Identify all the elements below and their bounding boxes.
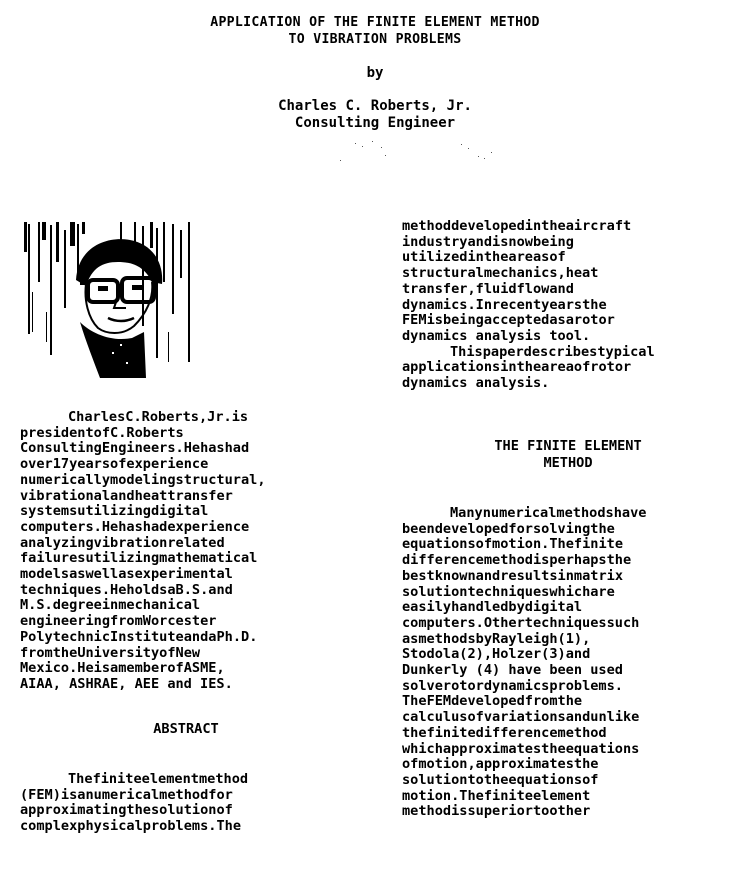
- word: finite: [484, 789, 533, 804]
- word: well: [85, 567, 118, 582]
- abstract-line: Thefiniteelementmethod: [20, 772, 352, 788]
- word: is: [451, 804, 467, 819]
- word: in: [525, 219, 541, 234]
- bio-line: failuresutilizingmathematical: [20, 551, 352, 567]
- word: to: [533, 804, 549, 819]
- intro-line: dynamics analysis tool.: [402, 329, 734, 345]
- word: methods: [418, 632, 475, 647]
- word: utilized: [402, 250, 467, 265]
- bio-line: AIAA, ASHRAE, AEE and IES.: [20, 677, 352, 693]
- word: Institute: [110, 630, 184, 645]
- word: related: [167, 536, 224, 551]
- word: 17: [53, 457, 69, 472]
- section-line: Dunkerly (4) have been used: [402, 663, 734, 679]
- word: C.: [125, 410, 141, 425]
- word: flow: [517, 282, 550, 297]
- word: by: [476, 632, 492, 647]
- abstract-line: complexphysicalproblems.The: [20, 819, 352, 835]
- word: finite: [427, 726, 476, 741]
- bio-line: CharlesC.Roberts,Jr.is: [20, 410, 352, 426]
- word: as: [549, 313, 565, 328]
- section-line: motion.Thefiniteelement: [402, 789, 734, 805]
- word: from: [110, 614, 143, 629]
- word: computers.: [402, 616, 484, 631]
- bio-line: modelsaswellasexperimental: [20, 567, 352, 583]
- word: dynamics.: [402, 298, 476, 313]
- word: finite: [574, 537, 623, 552]
- bio-line: ConsultingEngineers.Hehashad: [20, 441, 352, 457]
- intro-line: industryandisnowbeing: [402, 235, 734, 251]
- word: being: [533, 235, 574, 250]
- word: holds: [126, 583, 167, 598]
- word: (2),: [459, 647, 492, 662]
- word: of: [574, 360, 590, 375]
- word: solution: [402, 773, 467, 788]
- word: structural: [402, 266, 484, 281]
- word: a: [167, 583, 175, 598]
- word: best: [402, 569, 435, 584]
- word: and: [566, 710, 591, 725]
- bio-line: systemsutilizingdigital: [20, 504, 352, 520]
- author-bio: CharlesC.Roberts,Jr.is presidentofC.Robe…: [20, 410, 352, 693]
- word: Holzer: [492, 647, 541, 662]
- word: in: [500, 360, 516, 375]
- word: had: [225, 441, 250, 456]
- word: the: [541, 742, 566, 757]
- word: ASME,: [184, 661, 225, 676]
- word: (3): [541, 647, 566, 662]
- word: The: [549, 537, 574, 552]
- word: in: [102, 598, 118, 613]
- word: for: [208, 788, 233, 803]
- word: B.S.: [176, 583, 209, 598]
- word: approximates: [443, 742, 541, 757]
- intro-line: dynamics.Inrecentyearsthe: [402, 298, 734, 314]
- word: Many: [450, 506, 483, 521]
- word: mechanics,: [484, 266, 566, 281]
- word: describes: [524, 345, 598, 360]
- author-name: Charles C. Roberts, Jr.: [0, 98, 750, 115]
- word: of: [476, 537, 492, 552]
- word: a: [566, 313, 574, 328]
- word: method: [199, 772, 248, 787]
- section-line: asmethodsbyRayleigh(1),: [402, 632, 734, 648]
- word: The: [459, 789, 484, 804]
- word: been: [402, 522, 435, 537]
- word: equations: [402, 537, 476, 552]
- word: to: [467, 773, 483, 788]
- word: utilizing: [85, 551, 159, 566]
- word: years: [541, 298, 582, 313]
- word: the: [607, 553, 632, 568]
- word: solve: [402, 679, 443, 694]
- word: over: [20, 457, 53, 472]
- intro-line: applicationsintheareaofrotor: [402, 360, 734, 376]
- word: experience: [167, 520, 249, 535]
- word: Stodola: [402, 647, 459, 662]
- word: solution: [402, 585, 467, 600]
- word: have: [614, 506, 647, 521]
- word: digital: [151, 504, 208, 519]
- word: Consulting: [20, 441, 102, 456]
- section-line: Stodola(2),Holzer(3)and: [402, 647, 734, 663]
- word: unlike: [590, 710, 639, 725]
- word: rotor: [443, 679, 484, 694]
- word: results: [500, 569, 557, 584]
- word: and: [184, 630, 209, 645]
- section-line: whichapproximatestheequations: [402, 742, 734, 758]
- word: transfer: [167, 489, 232, 504]
- word: of: [94, 426, 110, 441]
- word: approximating: [20, 803, 126, 818]
- intro-line: dynamics analysis.: [402, 376, 734, 392]
- paper-title-line-1: APPLICATION OF THE FINITE ELEMENT METHOD: [0, 14, 750, 31]
- word: motion,: [418, 757, 475, 772]
- word: analyzing: [20, 536, 94, 551]
- paper-title: APPLICATION OF THE FINITE ELEMENT METHOD…: [0, 14, 750, 48]
- word: method: [558, 726, 607, 741]
- section-line: solutiontotheequationsof: [402, 773, 734, 789]
- word: accepted: [484, 313, 549, 328]
- word: method: [402, 219, 451, 234]
- word: heat: [566, 266, 599, 281]
- bio-line: Mexico.HeisamemberofASME,: [20, 661, 352, 677]
- word: FEM: [402, 313, 427, 328]
- word: which: [549, 585, 590, 600]
- word: Roberts: [126, 426, 183, 441]
- word: Mexico.: [20, 661, 77, 676]
- word: complex: [20, 819, 77, 834]
- intro-line: Thispaperdescribestypical: [402, 345, 734, 361]
- word: element: [533, 789, 590, 804]
- word: is: [533, 553, 549, 568]
- word: developed: [451, 219, 525, 234]
- word: the: [484, 250, 509, 265]
- word: in: [558, 569, 574, 584]
- word: experience: [126, 457, 208, 472]
- intro-line: FEMisbeingacceptedasarotor: [402, 313, 734, 329]
- author-photo: [22, 222, 196, 378]
- word: calculus: [402, 710, 467, 725]
- word: and: [549, 282, 574, 297]
- word: problems.: [143, 819, 217, 834]
- intro-line: structuralmechanics,heat: [402, 266, 734, 282]
- word: modeling: [110, 473, 175, 488]
- intro-line: methoddevelopedintheaircraft: [402, 219, 734, 235]
- section-heading-line-2: METHOD: [402, 455, 734, 472]
- word: difference: [476, 726, 558, 741]
- word: M.S.: [20, 598, 53, 613]
- word: utilizing: [77, 504, 151, 519]
- word: mathematical: [159, 551, 257, 566]
- word: is: [492, 235, 508, 250]
- section-line: differencemethodisperhapsthe: [402, 553, 734, 569]
- word: degree: [53, 598, 102, 613]
- word: and: [110, 489, 135, 504]
- word: The: [216, 819, 241, 834]
- intro-line: transfer,fluidflowand: [402, 282, 734, 298]
- word: C.: [110, 426, 126, 441]
- word: is: [232, 410, 248, 425]
- word: aircraft: [566, 219, 631, 234]
- bio-line: PolytechnicInstituteandaPh.D.: [20, 630, 352, 646]
- byline: by: [0, 65, 750, 81]
- word: now: [508, 235, 533, 250]
- word: of: [167, 661, 183, 676]
- word: industry: [402, 235, 467, 250]
- word: Jr.: [207, 410, 232, 425]
- word: from: [20, 646, 53, 661]
- word: developed: [435, 522, 509, 537]
- word: The: [68, 772, 93, 787]
- author-block: Charles C. Roberts, Jr. Consulting Engin…: [0, 98, 750, 132]
- bio-line: over17yearsofexperience: [20, 457, 352, 473]
- word: difference: [402, 553, 484, 568]
- word: a: [110, 661, 118, 676]
- section-line: solverotordynamicsproblems.: [402, 679, 734, 695]
- section-body-fem: Manynumericalmethodshave beendevelopedfo…: [402, 506, 734, 820]
- word: and: [467, 235, 492, 250]
- word: such: [607, 616, 640, 631]
- word: dynamics: [484, 679, 549, 694]
- word: typical: [597, 345, 654, 360]
- word: solution: [151, 803, 216, 818]
- word: by: [508, 600, 524, 615]
- word: The: [402, 694, 427, 709]
- word: techniques.: [20, 583, 110, 598]
- word: and: [208, 583, 233, 598]
- section-line: computers.Othertechniquessuch: [402, 616, 734, 632]
- word: method: [402, 804, 451, 819]
- word: in: [467, 250, 483, 265]
- word: Rayleigh: [492, 632, 557, 647]
- word: He: [102, 520, 118, 535]
- word: developed: [451, 694, 525, 709]
- word: techniques: [525, 616, 607, 631]
- portrait-image: [22, 222, 196, 378]
- word: element: [142, 772, 199, 787]
- word: the: [541, 219, 566, 234]
- bio-line: computers.Hehashadexperience: [20, 520, 352, 536]
- bio-line: fromtheUniversityofNew: [20, 646, 352, 662]
- word: rotor: [574, 313, 615, 328]
- section-line: bestknownandresultsinmatrix: [402, 569, 734, 585]
- word: digital: [525, 600, 582, 615]
- word: and: [476, 569, 501, 584]
- word: from: [525, 694, 558, 709]
- word: the: [402, 726, 427, 741]
- word: computers.: [20, 520, 102, 535]
- word: is: [61, 788, 77, 803]
- word: heat: [135, 489, 168, 504]
- word: failures: [20, 551, 85, 566]
- word: In: [476, 298, 492, 313]
- word: easily: [402, 600, 451, 615]
- word: president: [20, 426, 94, 441]
- word: superior: [467, 804, 532, 819]
- word: perhaps: [549, 553, 606, 568]
- word: method: [159, 788, 208, 803]
- word: for: [508, 522, 533, 537]
- paper-title-line-2: TO VIBRATION PROBLEMS: [0, 31, 750, 48]
- word: approximates: [476, 757, 574, 772]
- word: transfer,: [402, 282, 476, 297]
- abstract-line: approximatingthesolutionof: [20, 803, 352, 819]
- word: Ph.D.: [216, 630, 257, 645]
- word: are: [590, 585, 615, 600]
- word: solving: [533, 522, 590, 537]
- bio-line: numericallymodelingstructural,: [20, 473, 352, 489]
- section-line: solutiontechniqueswhichare: [402, 585, 734, 601]
- word: has: [200, 441, 225, 456]
- word: (FEM): [20, 788, 61, 803]
- bio-line: analyzingvibrationrelated: [20, 536, 352, 552]
- bio-line: presidentofC.Roberts: [20, 426, 352, 442]
- word: finite: [93, 772, 142, 787]
- word: method: [484, 553, 533, 568]
- word: Roberts,: [142, 410, 207, 425]
- intro-body: methoddevelopedintheaircraft industryand…: [402, 219, 734, 392]
- word: the: [53, 646, 78, 661]
- author-title: Consulting Engineer: [0, 115, 750, 132]
- word: This: [450, 345, 483, 360]
- word: engineering: [20, 614, 110, 629]
- word: models: [20, 567, 69, 582]
- word: of: [467, 710, 483, 725]
- section-line: easilyhandledbydigital: [402, 600, 734, 616]
- word: as: [118, 567, 134, 582]
- word: He: [184, 441, 200, 456]
- abstract-heading: ABSTRACT: [20, 721, 352, 738]
- word: the: [484, 773, 509, 788]
- word: problems.: [549, 679, 623, 694]
- word: other: [549, 804, 590, 819]
- word: years: [69, 457, 110, 472]
- word: numerical: [483, 506, 557, 521]
- word: had: [143, 520, 168, 535]
- word: Engineers.: [102, 441, 184, 456]
- word: member: [118, 661, 167, 676]
- word: of: [402, 757, 418, 772]
- word: recent: [492, 298, 541, 313]
- word: equations: [566, 742, 640, 757]
- word: as: [402, 632, 418, 647]
- bio-line: M.S.degreeinmechanical: [20, 598, 352, 614]
- word: Other: [484, 616, 525, 631]
- section-line: calculusofvariationsandunlike: [402, 710, 734, 726]
- word: is: [427, 313, 443, 328]
- bio-line: techniques.HeholdsaB.S.and: [20, 583, 352, 599]
- word: fluid: [476, 282, 517, 297]
- word: structural,: [176, 473, 266, 488]
- word: and: [566, 647, 591, 662]
- word: He: [110, 583, 126, 598]
- word: matrix: [574, 569, 623, 584]
- word: areas: [508, 250, 549, 265]
- word: methods: [556, 506, 613, 521]
- bio-line: engineeringfromWorcester: [20, 614, 352, 630]
- word: of: [110, 457, 126, 472]
- word: the: [574, 757, 599, 772]
- section-line: equationsofmotion.Thefinite: [402, 537, 734, 553]
- word: the: [126, 803, 151, 818]
- section-line: TheFEMdevelopedfromthe: [402, 694, 734, 710]
- word: experimental: [135, 567, 233, 582]
- word: is: [94, 661, 110, 676]
- word: motion.: [492, 537, 549, 552]
- word: the: [582, 298, 607, 313]
- word: physical: [77, 819, 142, 834]
- word: the: [517, 360, 542, 375]
- word: the: [590, 522, 615, 537]
- word: of: [159, 646, 175, 661]
- word: techniques: [467, 585, 549, 600]
- section-line: ofmotion,approximatesthe: [402, 757, 734, 773]
- word: paper: [483, 345, 524, 360]
- word: Charles: [68, 410, 125, 425]
- word: of: [582, 773, 598, 788]
- word: handled: [451, 600, 508, 615]
- word: as: [69, 567, 85, 582]
- word: which: [402, 742, 443, 757]
- word: FEM: [427, 694, 452, 709]
- word: numerical: [85, 788, 159, 803]
- word: Worcester: [143, 614, 217, 629]
- word: known: [435, 569, 476, 584]
- section-heading-fem: THE FINITE ELEMENT METHOD: [402, 438, 734, 472]
- word: rotor: [590, 360, 631, 375]
- word: the: [558, 694, 583, 709]
- bio-line: vibrationalandheattransfer: [20, 489, 352, 505]
- intro-line: utilizedintheareasof: [402, 250, 734, 266]
- word: New: [176, 646, 201, 661]
- section-line: methodissuperiortoother: [402, 804, 734, 820]
- word: mechanical: [118, 598, 200, 613]
- word: vibration: [94, 536, 168, 551]
- word: motion.: [402, 789, 459, 804]
- section-line: thefinitedifferencemethod: [402, 726, 734, 742]
- section-line: beendevelopedforsolvingthe: [402, 522, 734, 538]
- word: of: [216, 803, 232, 818]
- word: variations: [484, 710, 566, 725]
- abstract-line: (FEM)isanumericalmethodfor: [20, 788, 352, 804]
- word: University: [77, 646, 159, 661]
- word: being: [443, 313, 484, 328]
- abstract-body: Thefiniteelementmethod (FEM)isanumerical…: [20, 772, 352, 835]
- word: Polytechnic: [20, 630, 110, 645]
- word: area: [541, 360, 574, 375]
- word: equations: [508, 773, 582, 788]
- word: of: [549, 250, 565, 265]
- word: (1),: [558, 632, 591, 647]
- section-heading-line-1: THE FINITE ELEMENT: [402, 438, 734, 455]
- word: numerically: [20, 473, 110, 488]
- abstract-heading-text: ABSTRACT: [20, 721, 352, 738]
- word: systems: [20, 504, 77, 519]
- word: He: [77, 661, 93, 676]
- section-line: Manynumericalmethodshave: [402, 506, 734, 522]
- word: has: [118, 520, 143, 535]
- word: applications: [402, 360, 500, 375]
- word: vibrational: [20, 489, 110, 504]
